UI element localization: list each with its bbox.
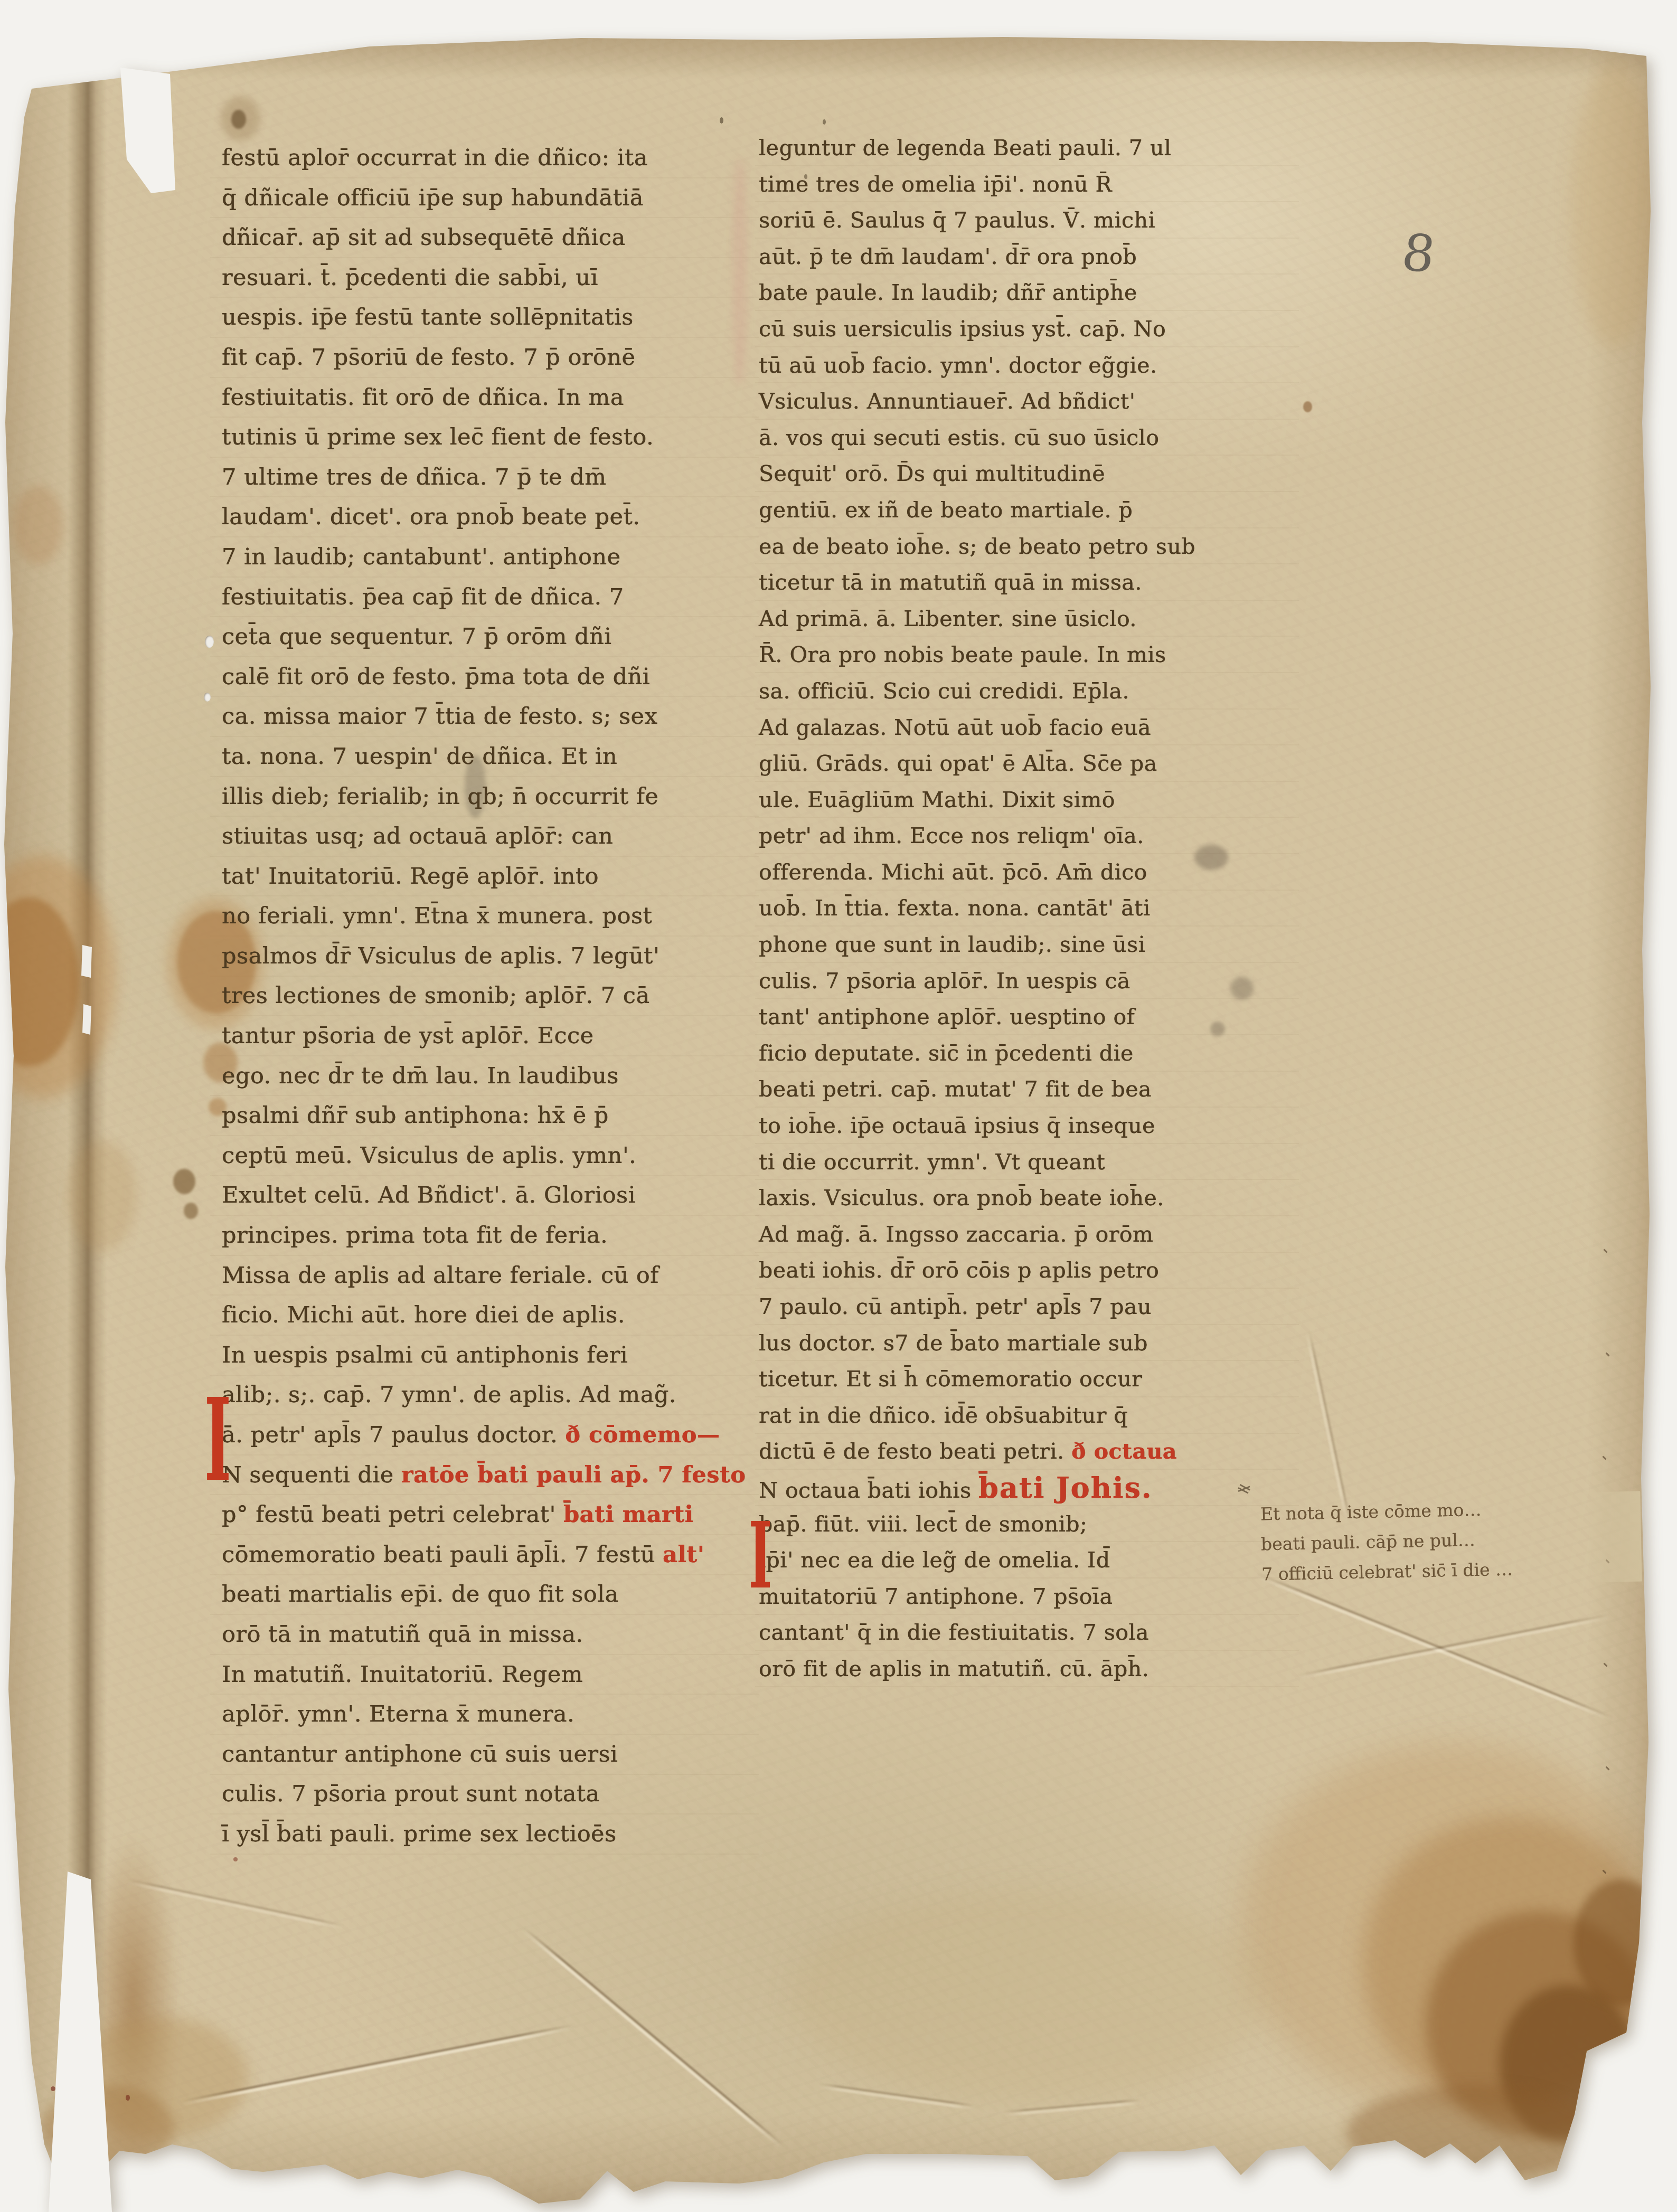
- manuscript-line: uob̄. In t̄tia. fexta. nona. cantāt' āti: [759, 890, 1297, 927]
- body-text-run: 7 paulo. cū antiph̄. petr' apl̄s 7 pau: [759, 1294, 1152, 1319]
- manuscript-line: muitatoriū 7 antiphone. 7 ps̄oīa: [759, 1578, 1297, 1615]
- manuscript-line: ea de beato ioh̄e. s; de beato petro sub: [759, 528, 1297, 565]
- stain: [173, 1169, 195, 1194]
- stain: [1303, 401, 1312, 412]
- manuscript-line: bap̄. fiūt. viii. lect̄ de smonib;: [759, 1506, 1297, 1543]
- manuscript-line: stiuitas usq; ad octauā aplōr̄: can: [222, 817, 755, 857]
- body-text-run: In matutiñ. Inuitatoriū. Regem: [222, 1661, 583, 1688]
- rubric-text-run: b̄ati Johis.: [978, 1471, 1153, 1505]
- speck: [233, 1857, 238, 1861]
- manuscript-line: no feriali. ymn'. Et̄na x̄ munera. post: [222, 896, 755, 937]
- manuscript-line: cōmemoratio beati pauli āpl̄i. 7 festū a…: [222, 1535, 755, 1575]
- body-text-run: dictū ē de festo beati petri.: [759, 1439, 1071, 1464]
- manuscript-line: beati martialis ep̄i. de quo fit sola: [222, 1575, 755, 1615]
- manuscript-line: resuari. t̄. p̄cedenti die sabb̄i, uī: [222, 258, 755, 298]
- body-text-run: cantant' q̄ in die festiuitatis. 7 sola: [759, 1620, 1149, 1645]
- body-text-run: festiuitatis. fit orō de dñica. In ma: [222, 384, 624, 411]
- manuscript-line: orō tā in matutiñ quā in missa.: [222, 1615, 755, 1655]
- manuscript-line: festiuitatis. p̄ea cap̄ fit de dñica. 7: [222, 578, 755, 618]
- manuscript-line: ticetur. Et si h̄ cōmemoratio occur: [759, 1361, 1297, 1397]
- manuscript-line: alib;. s;. cap̄. 7 ymn'. de aplis. Ad ma…: [222, 1375, 755, 1415]
- stain: [1574, 1879, 1669, 2006]
- body-text-run: psalmos d̄r̄ Vsiculus de aplis. 7 legūt': [222, 943, 660, 969]
- body-text-run: orō tā in matutiñ quā in missa.: [222, 1621, 583, 1648]
- manuscript-line: Vsiculus. Annuntiauer̄. Ad bñdict': [759, 383, 1297, 420]
- body-text-run: ā. vos qui secuti estis. cū suo ūsiclo: [759, 425, 1159, 450]
- stain: [13, 486, 63, 565]
- manuscript-line: festiuitatis. fit orō de dñica. In ma: [222, 378, 755, 418]
- body-text-run: beati petri. cap̄. mutat' 7 fit de bea: [759, 1076, 1152, 1102]
- manuscript-line: q̄ dñicale officiū ip̄e sup habundātiā: [222, 178, 755, 219]
- stain: [42, 2085, 174, 2170]
- rubric-text-run: ð octaua: [1071, 1439, 1177, 1464]
- drop-initial-I-left: I: [204, 1395, 231, 1486]
- body-text-run: ea de beato ioh̄e. s; de beato petro sub: [759, 534, 1195, 559]
- body-text-run: lus doctor. s7 de b̄ato martiale sub: [759, 1330, 1148, 1356]
- rubric-text-run: b̄ati marti: [563, 1501, 693, 1528]
- manuscript-line: offerenda. Michi aūt. p̄cō. Am̄ dico: [759, 854, 1297, 891]
- body-text-run: principes. prima tota fit de feria.: [222, 1222, 608, 1249]
- body-text-run: ficio. Michi aūt. hore diei de aplis.: [222, 1302, 625, 1328]
- manuscript-line: Ad mag̃. ā. Ingsso zaccaria. p̄ orōm: [759, 1216, 1297, 1253]
- body-text-run: tantur ps̄oria de yst̄ aplōr̄. Ecce: [222, 1023, 594, 1049]
- drop-initial-I-right: I: [749, 1519, 772, 1592]
- manuscript-line: In matutiñ. Inuitatoriū. Regem: [222, 1655, 755, 1695]
- body-text-run: festū aplor̄ occurrat in die dñico: ita: [222, 145, 648, 171]
- manuscript-line: orō fit de aplis in matutiñ. cū. āph̄.: [759, 1651, 1297, 1687]
- body-text-run: uob̄. In t̄tia. fexta. nona. cantāt' āti: [759, 895, 1151, 921]
- body-text-run: N sequenti die: [222, 1462, 401, 1488]
- body-text-run: culis. 7 ps̄oria aplōr̄. In uespis cā: [759, 968, 1130, 994]
- body-text-run: Vsiculus. Annuntiauer̄. Ad bñdict': [759, 389, 1135, 414]
- stain: [792, 1890, 1267, 2101]
- body-text-run: 7 ultime tres de dñica. 7 p̄ te dm̄: [222, 464, 607, 490]
- manuscript-line: tū aū uob̄ facio. ymn'. doctor eg̃gie.: [759, 347, 1297, 384]
- manuscript-line: ceptū meū. Vsiculus de aplis. ymn'.: [222, 1136, 755, 1176]
- body-text-run: petr' ad ihm. Ecce nos reliqm' oīa.: [759, 823, 1144, 848]
- manuscript-line: In uespis psalmi cū antiphonis feri: [222, 1336, 755, 1376]
- body-text-run: muitatoriū 7 antiphone. 7 ps̄oīa: [759, 1584, 1113, 1609]
- manuscript-line: N octaua b̄ati iohis b̄ati Johis.: [759, 1470, 1297, 1506]
- body-text-run: alib;. s;. cap̄. 7 ymn'. de aplis. Ad ma…: [222, 1382, 676, 1408]
- worm-hole: [204, 693, 211, 702]
- manuscript-line: 7 ultime tres de dñica. 7 p̄ te dm̄: [222, 458, 755, 498]
- manuscript-line: p° festū beati petri celebrat' b̄ati mar…: [222, 1495, 755, 1535]
- manuscript-line: ta. nona. 7 uespin' de dñica. Et in: [222, 737, 755, 777]
- manuscript-line: culis. 7 ps̄oria aplōr̄. In uespis cā: [759, 963, 1297, 999]
- manuscript-line: ficio. Michi aūt. hore diei de aplis.: [222, 1296, 755, 1336]
- body-text-run: festiuitatis. p̄ea cap̄ fit de dñica. 7: [222, 584, 624, 610]
- body-text-run: to ioh̄e. ip̄e octauā ipsius q̄ inseque: [759, 1113, 1155, 1138]
- body-text-run: tat' Inuitatoriū. Regē aplōr̄. into: [222, 863, 599, 890]
- stain: [1346, 2085, 1600, 2180]
- body-text-run: time tres de omelia ip̄i'. nonū R̄: [759, 172, 1112, 197]
- manuscript-line: bate paule. In laudib; dñr̄ antiph̄e: [759, 275, 1297, 311]
- body-text-run: dñicar̄. ap̄ sit ad subsequētē dñica: [222, 224, 626, 251]
- manuscript-line: to ioh̄e. ip̄e octauā ipsius q̄ inseque: [759, 1108, 1297, 1144]
- manuscript-line: laxis. Vsiculus. ora pnob̄ beate ioh̄e.: [759, 1180, 1297, 1216]
- body-text-run: N octaua b̄ati iohis: [759, 1478, 978, 1503]
- manuscript-line: tres lectiones de smonib; aplōr̄. 7 cā: [222, 976, 755, 1016]
- stain: [184, 1203, 198, 1219]
- manuscript-line: aplōr̄. ymn'. Eterna x̄ munera.: [222, 1695, 755, 1735]
- body-text-run: ā. petr' apl̄s 7 paulus doctor.: [222, 1422, 565, 1448]
- body-text-run: tres lectiones de smonib; aplōr̄. 7 cā: [222, 982, 650, 1009]
- body-text-run: ficio deputate. sic̄ in p̄cedenti die: [759, 1041, 1134, 1066]
- body-text-run: sa. officiū. Scio cui credidi. Ep̄la.: [759, 678, 1129, 704]
- manuscript-line: Exultet celū. Ad Bñdict'. ā. Gloriosi: [222, 1176, 755, 1216]
- body-text-run: cet̄a que sequentur. 7 p̄ orōm dñi: [222, 623, 611, 650]
- body-text-run: culis. 7 ps̄oria prout sunt notata: [222, 1781, 600, 1807]
- manuscript-line: tat' Inuitatoriū. Regē aplōr̄. into: [222, 857, 755, 897]
- body-text-run: q̄ dñicale officiū ip̄e sup habundātiā: [222, 185, 644, 211]
- body-text-run: no feriali. ymn'. Et̄na x̄ munera. post: [222, 903, 652, 929]
- manuscript-line: sa. officiū. Scio cui credidi. Ep̄la.: [759, 673, 1297, 710]
- body-text-run: tū aū uob̄ facio. ymn'. doctor eg̃gie.: [759, 353, 1157, 378]
- speck: [126, 2095, 130, 2101]
- body-text-run: laxis. Vsiculus. ora pnob̄ beate ioh̄e.: [759, 1185, 1164, 1211]
- body-text-run: beati iohis. d̄r̄ orō cōis p aplis petro: [759, 1258, 1159, 1283]
- manuscript-line: ego. nec d̄r te dm̄ lau. In laudibus: [222, 1056, 755, 1096]
- manuscript-line: psalmos d̄r̄ Vsiculus de aplis. 7 legūt': [222, 937, 755, 977]
- text-column-right: leguntur de legenda Beati pauli. 7 ultim…: [759, 130, 1297, 1687]
- margin-note: Et nota q̄ iste cōme mo…beati pauli. cāp…: [1260, 1491, 1642, 1589]
- rubric-text-run: ratōe b̄ati pauli ap̄. 7 festo: [401, 1462, 746, 1488]
- body-text-run: bap̄. fiūt. viii. lect̄ de smonib;: [759, 1511, 1087, 1537]
- speck: [51, 2086, 55, 2091]
- manuscript-line: psalmi dñr̄ sub antiphona: hx̄ ē p̄: [222, 1096, 755, 1136]
- manuscript-line: tantur ps̄oria de yst̄ aplōr̄. Ecce: [222, 1016, 755, 1056]
- body-text-run: cantantur antiphone cū suis uersi: [222, 1741, 618, 1767]
- body-text-run: Sequit' orō. D̄s qui multitudinē: [759, 461, 1105, 486]
- body-text-run: p° festū beati petri celebrat': [222, 1501, 563, 1528]
- manuscript-line: illis dieb; ferialib; in qb; n̄ occurrit…: [222, 777, 755, 817]
- manuscript-line: ā. petr' apl̄s 7 paulus doctor. ð cōmemo…: [222, 1415, 755, 1455]
- manuscript-line: leguntur de legenda Beati pauli. 7 ul: [759, 130, 1297, 166]
- body-text-run: leguntur de legenda Beati pauli. 7 ul: [759, 135, 1171, 160]
- manuscript-line: dñicar̄. ap̄ sit ad subsequētē dñica: [222, 218, 755, 258]
- body-text-run: resuari. t̄. p̄cedenti die sabb̄i, uī: [222, 264, 598, 291]
- body-text-run: illis dieb; ferialib; in qb; n̄ occurrit…: [222, 783, 658, 810]
- body-text-run: offerenda. Michi aūt. p̄cō. Am̄ dico: [759, 859, 1147, 885]
- body-text-run: aūt. p̄ te dm̄ laudam'. d̄r̄ ora pnob̄: [759, 244, 1137, 269]
- manuscript-line: tutinis ū prime sex lec̄ fient de festo.: [222, 418, 755, 458]
- body-text-run: ca. missa maior 7 t̄tia de festo. s; sex: [222, 703, 657, 730]
- manuscript-line: principes. prima tota fit de feria.: [222, 1216, 755, 1256]
- manuscript-line: ī ysl̄ b̄ati pauli. prime sex lectioēs: [222, 1814, 755, 1855]
- manuscript-line: beati iohis. d̄r̄ orō cōis p aplis petro: [759, 1252, 1297, 1289]
- stain: [68, 1140, 136, 1251]
- manuscript-line: ticetur tā in matutiñ quā in missa.: [759, 564, 1297, 601]
- manuscript-line: tant' antiphone aplōr̄. uesptino of: [759, 999, 1297, 1035]
- body-text-run: ip̄i' nec ea die leg̃ de omelia. Id̄: [759, 1547, 1110, 1573]
- manuscript-line: fit cap̄. 7 ps̄oriū de festo. 7 p̄ orōnē: [222, 338, 755, 378]
- manuscript-line: Ad primā. ā. Libenter. sine ūsiclo.: [759, 601, 1297, 637]
- body-text-run: R̄. Ora pro nobis beate paule. In mis: [759, 642, 1166, 667]
- manuscript-line: festū aplor̄ occurrat in die dñico: ita: [222, 138, 755, 178]
- manuscript-line: 7 paulo. cū antiph̄. petr' apl̄s 7 pau: [759, 1289, 1297, 1325]
- body-text-run: Ad galazas. Notū aūt uob̄ facio euā: [759, 715, 1151, 740]
- manuscript-line: ule. Euāgliūm Mathi. Dixit simō: [759, 782, 1297, 818]
- manuscript-line: calē fit orō de festo. p̄ma tota de dñi: [222, 657, 755, 697]
- body-text-run: Missa de aplis ad altare feriale. cū of: [222, 1262, 659, 1289]
- binding-seam: [68, 79, 107, 2191]
- body-text-run: fit cap̄. 7 ps̄oriū de festo. 7 p̄ orōnē: [222, 344, 635, 371]
- body-text-run: phone que sunt in laudib;. sine ūsi: [759, 932, 1145, 957]
- body-text-run: rat in die dñico. id̄ē obs̄uabitur q̄: [759, 1403, 1128, 1428]
- stain: [231, 110, 246, 129]
- manuscript-line: ti die occurrit. ymn'. Vt queant: [759, 1144, 1297, 1180]
- body-text-run: soriū ē. Saulus q̄ 7 paulus. V̄. michi: [759, 207, 1155, 233]
- body-text-run: ti die occurrit. ymn'. Vt queant: [759, 1149, 1105, 1175]
- speck: [823, 119, 826, 125]
- text-column-left: festū aplor̄ occurrat in die dñico: itaq…: [222, 138, 755, 1855]
- manuscript-line: rat in die dñico. id̄ē obs̄uabitur q̄: [759, 1397, 1297, 1434]
- body-text-run: ule. Euāgliūm Mathi. Dixit simō: [759, 787, 1115, 812]
- manuscript-line: Sequit' orō. D̄s qui multitudinē: [759, 456, 1297, 492]
- manuscript-line: phone que sunt in laudib;. sine ūsi: [759, 927, 1297, 963]
- body-text-run: stiuitas usq; ad octauā aplōr̄: can: [222, 823, 613, 849]
- body-text-run: 7 in laudib; cantabunt'. antiphone: [222, 544, 620, 570]
- manuscript-line: cū suis uersiculis ipsius yst̄. cap̄. No: [759, 311, 1297, 347]
- rubric-text-run: alt': [663, 1542, 704, 1568]
- manuscript-line: ficio deputate. sic̄ in p̄cedenti die: [759, 1035, 1297, 1072]
- body-text-run: laudam'. dicet'. ora pnob̄ beate pet̄.: [222, 504, 640, 530]
- manuscript-line: Ad galazas. Notū aūt uob̄ facio euā: [759, 710, 1297, 746]
- manuscript-line: soriū ē. Saulus q̄ 7 paulus. V̄. michi: [759, 202, 1297, 239]
- body-text-run: uespis. ip̄e festū tante sollēpnitatis: [222, 304, 634, 330]
- body-text-run: gliū. Grāds. qui opat' ē Alt̄a. Sc̄e pa: [759, 751, 1157, 776]
- manuscript-line: gliū. Grāds. qui opat' ē Alt̄a. Sc̄e pa: [759, 745, 1297, 782]
- parchment-surface: festū aplor̄ occurrat in die dñico: itaq…: [0, 0, 1677, 2212]
- body-text-run: ticetur. Et si h̄ cōmemoratio occur: [759, 1366, 1142, 1392]
- manuscript-line: uespis. ip̄e festū tante sollēpnitatis: [222, 298, 755, 338]
- body-text-run: In uespis psalmi cū antiphonis feri: [222, 1342, 628, 1368]
- manuscript-line: ip̄i' nec ea die leg̃ de omelia. Id̄: [759, 1542, 1297, 1578]
- manuscript-line: R̄. Ora pro nobis beate paule. In mis: [759, 637, 1297, 673]
- manuscript-line: Missa de aplis ad altare feriale. cū of: [222, 1256, 755, 1296]
- manuscript-line: beati petri. cap̄. mutat' 7 fit de bea: [759, 1071, 1297, 1108]
- manuscript-line: culis. 7 ps̄oria prout sunt notata: [222, 1774, 755, 1814]
- rubric-text-run: ð cōmemo—: [565, 1422, 720, 1448]
- speck: [720, 117, 723, 124]
- worm-hole: [205, 636, 214, 648]
- manuscript-line: petr' ad ihm. Ecce nos reliqm' oīa.: [759, 818, 1297, 854]
- body-text-run: aplōr̄. ymn'. Eterna x̄ munera.: [222, 1701, 574, 1727]
- manuscript-line: cet̄a que sequentur. 7 p̄ orōm dñi: [222, 617, 755, 657]
- parchment-sheet: festū aplor̄ occurrat in die dñico: itaq…: [0, 0, 1677, 2212]
- manuscript-line: gentiū. ex iñ de beato martiale. p̄: [759, 492, 1297, 528]
- body-text-run: orō fit de aplis in matutiñ. cū. āph̄.: [759, 1656, 1149, 1681]
- body-text-run: ego. nec d̄r te dm̄ lau. In laudibus: [222, 1063, 619, 1089]
- body-text-run: Exultet celū. Ad Bñdict'. ā. Gloriosi: [222, 1182, 636, 1208]
- manuscript-line: cantant' q̄ in die festiuitatis. 7 sola: [759, 1614, 1297, 1651]
- manuscript-line: dictū ē de festo beati petri. ð octaua: [759, 1433, 1297, 1470]
- body-text-run: bate paule. In laudib; dñr̄ antiph̄e: [759, 280, 1137, 305]
- body-text-run: tant' antiphone aplōr̄. uesptino of: [759, 1004, 1135, 1029]
- manuscript-line: cantantur antiphone cū suis uersi: [222, 1735, 755, 1775]
- body-text-run: calē fit orō de festo. p̄ma tota de dñi: [222, 664, 650, 690]
- scanned-page: festū aplor̄ occurrat in die dñico: itaq…: [0, 0, 1677, 2212]
- manuscript-line: aūt. p̄ te dm̄ laudam'. d̄r̄ ora pnob̄: [759, 239, 1297, 275]
- body-text-run: cōmemoratio beati pauli āpl̄i. 7 festū: [222, 1542, 663, 1568]
- body-text-run: psalmi dñr̄ sub antiphona: hx̄ ē p̄: [222, 1102, 609, 1129]
- manuscript-line: ca. missa maior 7 t̄tia de festo. s; sex: [222, 697, 755, 737]
- body-text-run: Ad primā. ā. Libenter. sine ūsiclo.: [759, 606, 1137, 631]
- manuscript-line: 7 in laudib; cantabunt'. antiphone: [222, 537, 755, 578]
- manuscript-line: N sequenti die ratōe b̄ati pauli ap̄. 7 …: [222, 1455, 755, 1496]
- manuscript-line: ā. vos qui secuti estis. cū suo ūsiclo: [759, 420, 1297, 456]
- body-text-run: cū suis uersiculis ipsius yst̄. cap̄. No: [759, 316, 1166, 342]
- manuscript-line: time tres de omelia ip̄i'. nonū R̄: [759, 166, 1297, 203]
- body-text-run: gentiū. ex iñ de beato martiale. p̄: [759, 497, 1133, 523]
- stain: [1571, 63, 1658, 348]
- manuscript-line: laudam'. dicet'. ora pnob̄ beate pet̄.: [222, 497, 755, 537]
- body-text-run: Ad mag̃. ā. Ingsso zaccaria. p̄ orōm: [759, 1222, 1153, 1247]
- body-text-run: tutinis ū prime sex lec̄ fient de festo.: [222, 424, 654, 450]
- body-text-run: ceptū meū. Vsiculus de aplis. ymn'.: [222, 1142, 636, 1169]
- body-text-run: ta. nona. 7 uespin' de dñica. Et in: [222, 743, 617, 770]
- body-text-run: beati martialis ep̄i. de quo fit sola: [222, 1581, 619, 1608]
- body-text-run: ticetur tā in matutiñ quā in missa.: [759, 570, 1142, 595]
- manuscript-line: lus doctor. s7 de b̄ato martiale sub: [759, 1325, 1297, 1362]
- body-text-run: ī ysl̄ b̄ati pauli. prime sex lectioēs: [222, 1821, 617, 1847]
